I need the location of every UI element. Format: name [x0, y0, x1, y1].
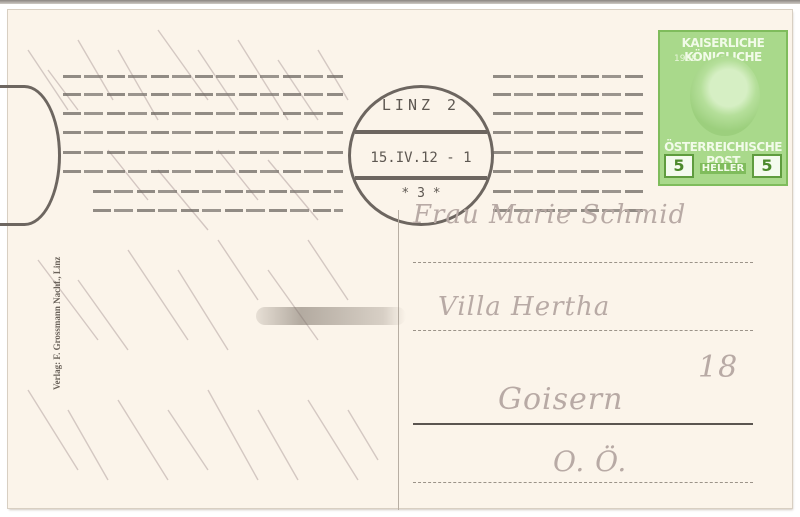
postmark-bottom-code: * 3 * [351, 186, 491, 201]
address-rule-3 [413, 423, 753, 425]
address-rule-1 [413, 262, 753, 263]
top-edge [0, 0, 800, 4]
address-line-2: Villa Hertha [438, 292, 610, 322]
postcard-back: LINZ 2 15.IV.12 - 1 * 3 * KAISERLICHE KÖ… [8, 10, 792, 508]
stamp-portrait [690, 56, 760, 136]
address-rule-2 [413, 330, 753, 331]
address-rule-4 [413, 482, 753, 483]
stamp-value-left: 5 [664, 154, 694, 178]
card-divider [398, 210, 399, 510]
stamp-design: KAISERLICHE KÖNIGLICHE 1908 ÖSTERREICHIS… [658, 30, 788, 186]
stamp-value-right: 5 [752, 154, 782, 178]
postmark-bar-bottom [355, 176, 487, 180]
address-line-1: Frau Marie Schmid [413, 200, 686, 230]
publisher-imprint: Verlag: F. Grossmann Nachf., Linz [52, 257, 62, 390]
postmark-partial-left [0, 85, 61, 226]
stamp-year: 1908 [674, 54, 697, 64]
postmark-date: 15.IV.12 - 1 [351, 150, 491, 166]
smudge-mark [256, 307, 406, 325]
postmark-bar-top [355, 130, 487, 134]
address-line-3: Goisern [498, 382, 623, 417]
postmark-city: LINZ 2 [351, 96, 491, 114]
house-number: 18 [698, 350, 738, 385]
stamp-currency: HELLER [700, 163, 746, 174]
postage-stamp: KAISERLICHE KÖNIGLICHE 1908 ÖSTERREICHIS… [652, 22, 792, 190]
address-line-4: O. Ö. [553, 445, 627, 478]
